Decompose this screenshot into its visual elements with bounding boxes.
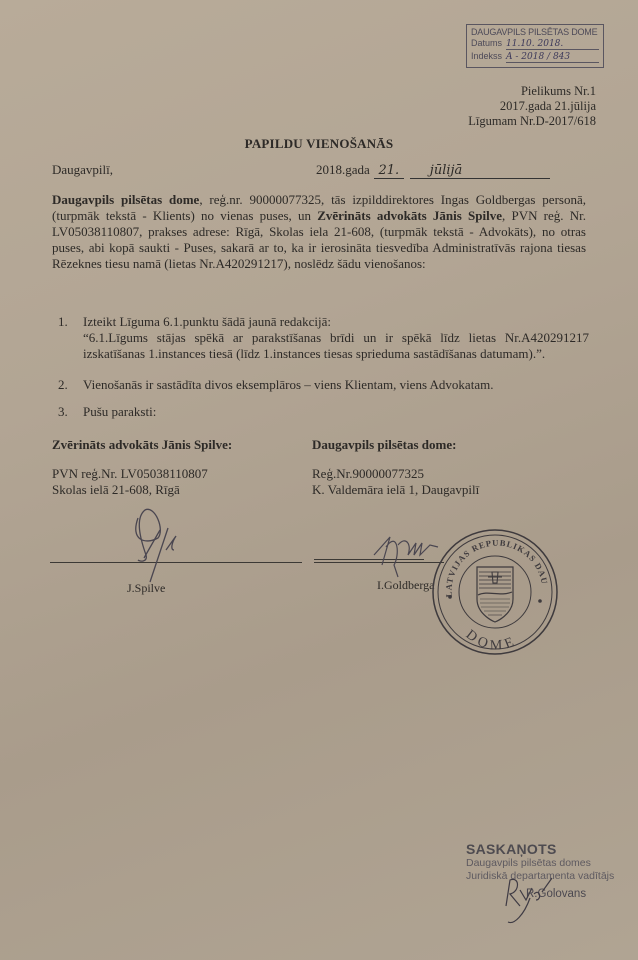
registration-index-value: A - 2018 / 843	[506, 52, 599, 63]
registration-date-value: 11.10. 2018.	[506, 39, 599, 50]
item-number: 1.	[58, 314, 68, 330]
item-number: 3.	[58, 404, 68, 420]
registration-stamp: DAUGAVPILS PILSĒTAS DOME Datums 11.10. 2…	[466, 24, 604, 68]
list-item-1: 1. Izteikt Līguma 6.1.punktu šādā jaunā …	[58, 314, 598, 362]
right-signatory-details: Reģ.Nr.90000077325 K. Valdemāra ielā 1, …	[312, 466, 479, 498]
item-text: Izteikt Līguma 6.1.punktu šādā jaunā red…	[83, 314, 598, 330]
right-signature-line	[314, 562, 444, 563]
date-day-handwritten: 21.	[374, 163, 404, 179]
signature-goldberga-icon	[368, 525, 448, 580]
official-seal-icon: LATVIJAS REPUBLIKAS DAUGAVPILS PILSĒTAS …	[430, 527, 560, 657]
date-prefix: 2018.gada	[316, 162, 370, 178]
seal-bottom-text: DOME	[463, 627, 520, 653]
date-month-handwritten: jūlijā	[410, 163, 550, 179]
right-signatory-line-1: Reģ.Nr.90000077325	[312, 466, 479, 482]
right-signatory-line-2: K. Valdemāra ielā 1, Daugavpilī	[312, 482, 479, 498]
svg-text:LATVIJAS REPUBLIKAS DAUGAVPILS: LATVIJAS REPUBLIKAS DAUGAVPILS PILSĒTAS	[430, 527, 550, 598]
party1-name: Daugavpils pilsētas dome	[52, 192, 199, 207]
party2-name: Zvērināts advokāts Jānis Spilve	[317, 208, 502, 223]
registration-index-label: Indekss	[471, 51, 502, 61]
left-signatory-name: J.Spilve	[127, 581, 165, 596]
approval-line-1: Daugavpils pilsētas domes	[466, 857, 614, 870]
left-signatory-line-2: Skolas ielā 21-608, Rīgā	[52, 482, 208, 498]
right-signatory-name: I.Goldberga	[377, 578, 434, 593]
document-title: PAPILDU VIENOŠANĀS	[0, 136, 638, 152]
annex-line-1: Pielikums Nr.1	[468, 84, 596, 99]
right-signatory-heading: Daugavpils pilsētas dome:	[312, 437, 456, 453]
registration-index-row: Indekss A - 2018 / 843	[471, 51, 599, 63]
item-text: Vienošanās ir sastādīta divos eksemplāro…	[83, 377, 598, 393]
document-city: Daugavpilī,	[52, 162, 113, 178]
annex-reference: Pielikums Nr.1 2017.gada 21.jūlija Līgum…	[468, 84, 596, 129]
list-item-2: 2. Vienošanās ir sastādīta divos eksempl…	[58, 377, 598, 393]
annex-line-2: 2017.gada 21.jūlija	[468, 99, 596, 114]
approval-stamp: SASKAŅOTS Daugavpils pilsētas domes Juri…	[466, 841, 614, 883]
right-signature-line-double	[314, 559, 424, 560]
approval-heading: SASKAŅOTS	[466, 841, 614, 857]
left-signatory-line-1: PVN reģ.Nr. LV05038110807	[52, 466, 208, 482]
document-date: 2018.gada 21. jūlijā	[316, 162, 550, 179]
left-signatory-heading: Zvērināts advokāts Jānis Spilve:	[52, 437, 232, 453]
left-signature-line	[50, 562, 302, 563]
seal-top-text: LATVIJAS REPUBLIKAS DAUGAVPILS PILSĒTAS	[430, 527, 550, 598]
approval-line-2: Juridiskā departamenta vadītājs	[466, 870, 614, 883]
annex-line-3: Līgumam Nr.D-2017/618	[468, 114, 596, 129]
svg-text:DOME: DOME	[463, 627, 520, 653]
item-number: 2.	[58, 377, 68, 393]
item-quote: “6.1.Līgums stājas spēkā ar parakstīšana…	[83, 330, 589, 362]
intro-paragraph: Daugavpils pilsētas dome, reģ.nr. 900000…	[52, 192, 586, 272]
registration-date-row: Datums 11.10. 2018.	[471, 38, 599, 50]
approval-name: R.Golovans	[526, 888, 586, 900]
list-item-3: 3. Pušu paraksti:	[58, 404, 598, 420]
registration-stamp-title: DAUGAVPILS PILSĒTAS DOME	[471, 27, 599, 37]
item-text: Pušu paraksti:	[83, 404, 598, 420]
left-signatory-details: PVN reģ.Nr. LV05038110807 Skolas ielā 21…	[52, 466, 208, 498]
registration-date-label: Datums	[471, 38, 502, 48]
